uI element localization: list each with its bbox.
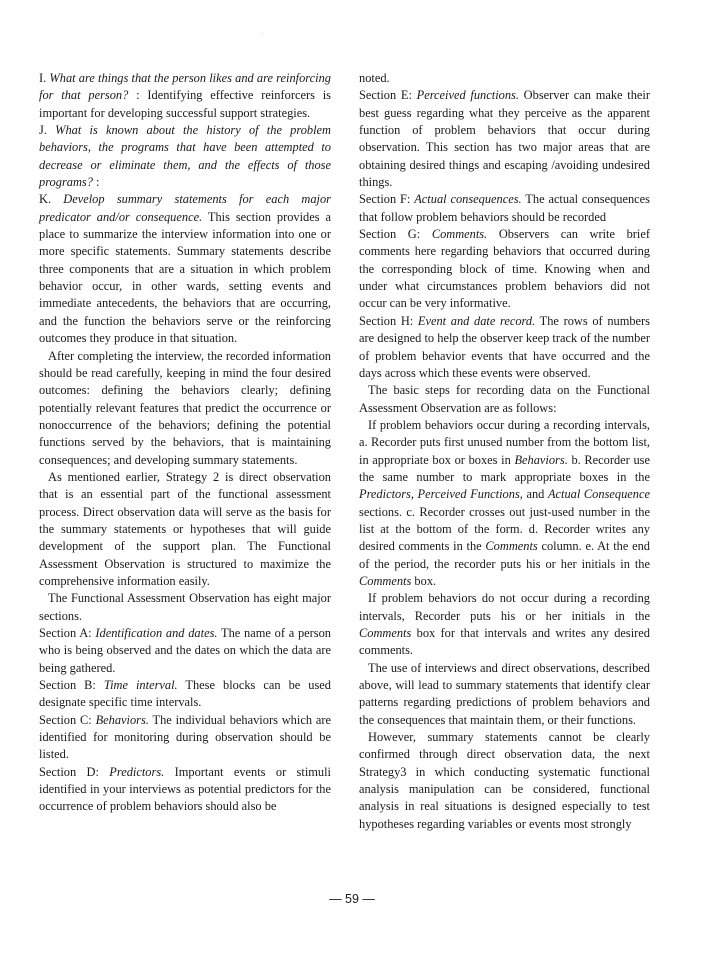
text-run: box.	[411, 574, 436, 588]
text-run: The Functional Assessment Observation ha…	[39, 591, 331, 622]
paragraph-secC: Section C: Behaviors. The individual beh…	[39, 712, 331, 764]
paragraph-however: However, summary statements cannot be cl…	[359, 729, 650, 833]
text-run: The use of interviews and direct observa…	[359, 661, 650, 727]
paragraph-secE: Section E: Perceived functions. Observer…	[359, 87, 650, 191]
paragraph-use: The use of interviews and direct observa…	[359, 660, 650, 729]
italic-text: Identification and dates.	[95, 626, 217, 640]
italic-text: Behaviors.	[96, 713, 149, 727]
page-number: — 59 —	[0, 891, 704, 908]
italic-text: Time interval.	[104, 678, 178, 692]
paragraph-steps: If problem behaviors occur during a reco…	[359, 417, 650, 590]
text-run: However, summary statements cannot be cl…	[359, 730, 650, 831]
paragraph-strategy2: As mentioned earlier, Strategy 2 is dire…	[39, 469, 331, 590]
text-run: Section H:	[359, 314, 418, 328]
paragraph-J: J. What is known about the history of th…	[39, 122, 331, 191]
italic-text: Predictors.	[109, 765, 164, 779]
text-run: If problem behaviors do not occur during…	[359, 591, 650, 622]
italic-text: Comments	[359, 574, 411, 588]
text-run: After completing the interview, the reco…	[39, 349, 331, 467]
italic-text: Predictors, Perceived Functions,	[359, 487, 523, 501]
paragraph-secA: Section A: Identification and dates. The…	[39, 625, 331, 677]
scan-speck	[262, 33, 263, 34]
text-run: Section D:	[39, 765, 109, 779]
italic-text: Behaviors.	[514, 453, 567, 467]
paragraph-secH: Section H: Event and date record. The ro…	[359, 313, 650, 382]
paragraph-after: After completing the interview, the reco…	[39, 348, 331, 469]
paragraph-notoccur: If problem behaviors do not occur during…	[359, 590, 650, 659]
paragraph-secF: Section F: Actual consequences. The actu…	[359, 191, 650, 226]
text-run: Section G:	[359, 227, 432, 241]
document-page: I. What are things that the person likes…	[0, 0, 704, 957]
text-run: This section provides a place to summari…	[39, 210, 331, 345]
text-run: Section B:	[39, 678, 104, 692]
text-run: Section A:	[39, 626, 95, 640]
italic-text: Comments.	[432, 227, 487, 241]
text-run: I.	[39, 71, 49, 85]
italic-text: Actual Consequence	[548, 487, 650, 501]
paragraph-secD: Section D: Predictors. Important events …	[39, 764, 331, 816]
text-run: K.	[39, 192, 63, 206]
text-run: Section F:	[359, 192, 414, 206]
text-run: Section E:	[359, 88, 417, 102]
text-run: Section C:	[39, 713, 96, 727]
text-run: J.	[39, 123, 55, 137]
paragraph-noted: noted.	[359, 70, 650, 87]
italic-text: Actual consequences.	[414, 192, 521, 206]
paragraph-secG: Section G: Comments. Observers can write…	[359, 226, 650, 313]
italic-text: Perceived functions.	[417, 88, 519, 102]
right-column: noted.Section E: Perceived functions. Ob…	[359, 70, 650, 833]
paragraph-K: K. Develop summary statements for each m…	[39, 191, 331, 347]
paragraph-eight: The Functional Assessment Observation ha…	[39, 590, 331, 625]
text-run: and	[523, 487, 548, 501]
italic-text: Comments	[485, 539, 537, 553]
text-run: noted.	[359, 71, 390, 85]
text-run: The basic steps for recording data on th…	[359, 383, 650, 414]
text-run: :	[93, 175, 100, 189]
italic-text: Event and date record.	[418, 314, 535, 328]
left-column: I. What are things that the person likes…	[39, 70, 331, 816]
italic-text: What is known about the history of the p…	[39, 123, 331, 189]
text-run: As mentioned earlier, Strategy 2 is dire…	[39, 470, 331, 588]
paragraph-secB: Section B: Time interval. These blocks c…	[39, 677, 331, 712]
text-run: Observer can make their best guess regar…	[359, 88, 650, 189]
italic-text: Comments	[359, 626, 411, 640]
paragraph-I: I. What are things that the person likes…	[39, 70, 331, 122]
paragraph-basic: The basic steps for recording data on th…	[359, 382, 650, 417]
